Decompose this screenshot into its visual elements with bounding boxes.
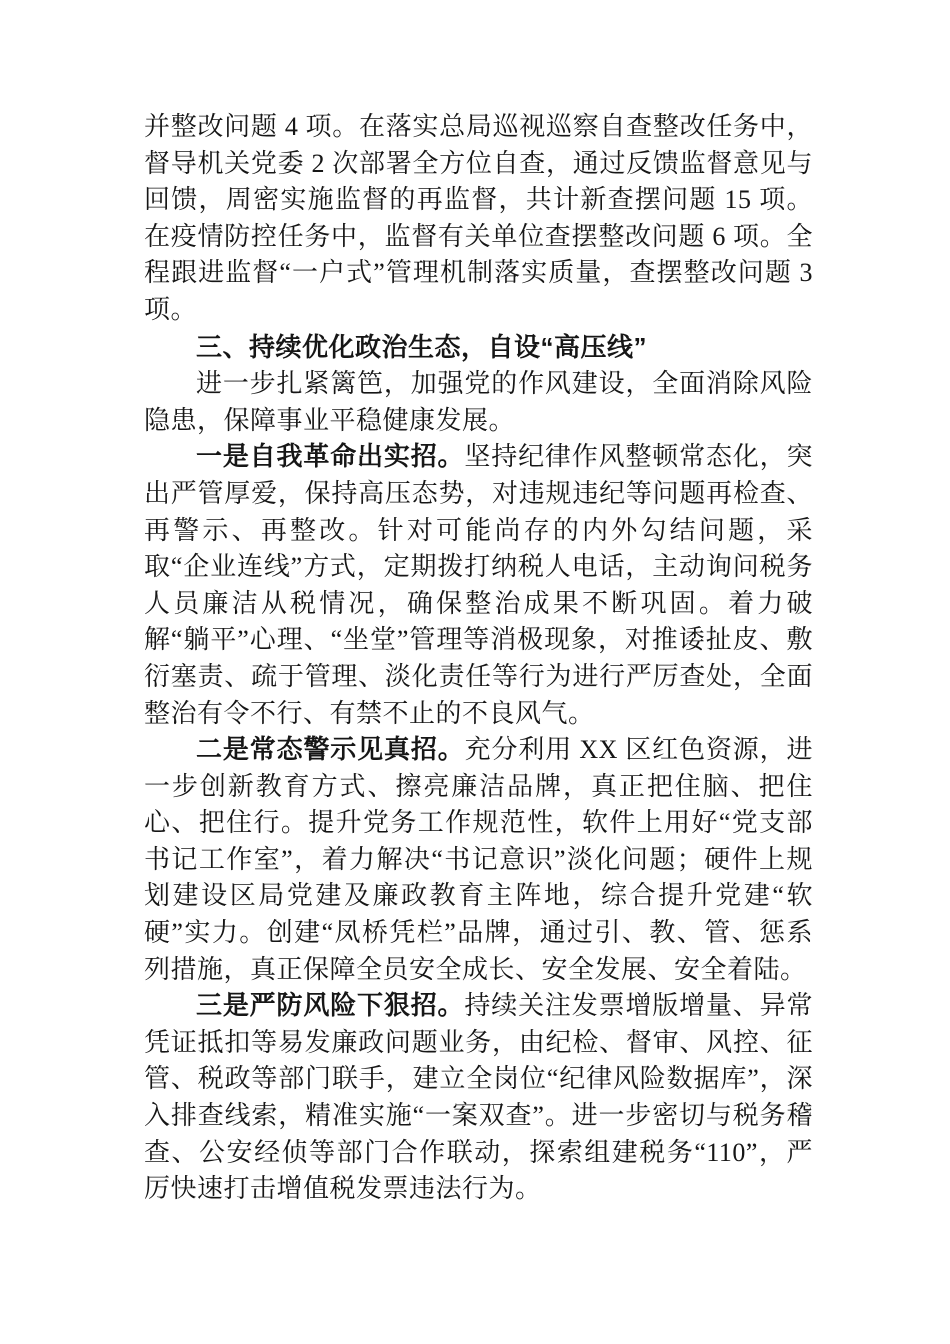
paragraph-text: 充分利用 XX 区红色资源，进一步创新教育方式、擦亮廉洁品牌，真正把住脑、把住心…	[144, 735, 813, 984]
point-one-paragraph: 一是自我革命出实招。坚持纪律作风整顿常态化，突出严管厚爱，保持高压态势，对违规违…	[144, 439, 813, 732]
document-text-block: 并整改问题 4 项。在落实总局巡视巡察自查整改任务中，督导机关党委 2 次部署全…	[144, 109, 813, 1208]
section-heading: 三、持续优化政治生态，自设“高压线”	[144, 329, 813, 367]
point-two-lead-text: 二是常态警示见真招。	[196, 735, 465, 764]
paragraph-text: 持续关注发票增版增量、异常凭证抵扣等易发廉政问题业务，由纪检、督审、风控、征管、…	[144, 991, 813, 1203]
paragraph-text: 坚持纪律作风整顿常态化，突出严管厚爱，保持高压态势，对违规违纪等问题再检查、再警…	[144, 442, 813, 727]
section-intro-paragraph: 进一步扎紧篱笆，加强党的作风建设，全面消除风险隐患，保障事业平稳健康发展。	[144, 366, 813, 439]
document-page: 并整改问题 4 项。在落实总局巡视巡察自查整改任务中，督导机关党委 2 次部署全…	[0, 0, 950, 1344]
paragraph-text: 并整改问题 4 项。在落实总局巡视巡察自查整改任务中，督导机关党委 2 次部署全…	[144, 112, 813, 324]
point-three-lead-text: 三是严防风险下狠招。	[196, 991, 464, 1020]
paragraph-text: 进一步扎紧篱笆，加强党的作风建设，全面消除风险隐患，保障事业平稳健康发展。	[144, 369, 813, 435]
continuation-paragraph: 并整改问题 4 项。在落实总局巡视巡察自查整改任务中，督导机关党委 2 次部署全…	[144, 109, 813, 329]
section-heading-text: 三、持续优化政治生态，自设“高压线”	[196, 332, 647, 362]
point-three-paragraph: 三是严防风险下狠招。持续关注发票增版增量、异常凭证抵扣等易发廉政问题业务，由纪检…	[144, 988, 813, 1208]
point-one-lead-text: 一是自我革命出实招。	[196, 442, 464, 471]
point-two-paragraph: 二是常态警示见真招。充分利用 XX 区红色资源，进一步创新教育方式、擦亮廉洁品牌…	[144, 732, 813, 988]
